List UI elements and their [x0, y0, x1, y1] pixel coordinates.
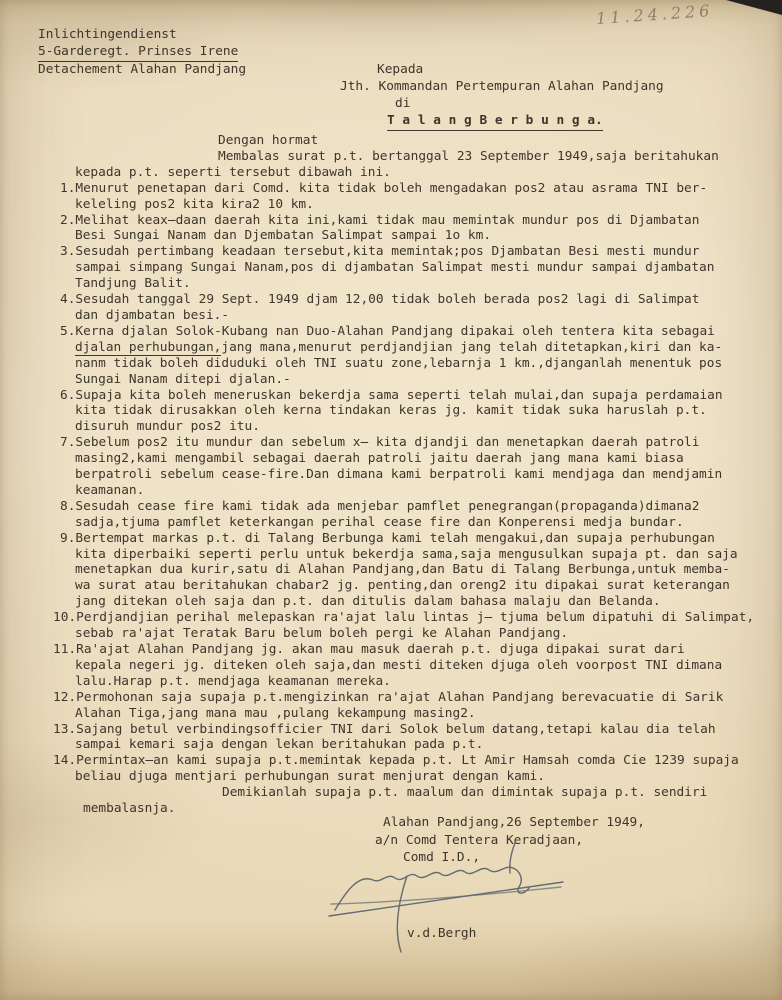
item-12-line: Alahan Tiga,jang mana mau ,pulang kekamp…	[53, 706, 775, 722]
item-9-line: 9.Bertempat markas p.t. di Talang Berbun…	[53, 531, 775, 547]
item-5-line: Sungai Nanam ditepi djalan.-	[53, 372, 775, 388]
addressee-label: Kepada	[340, 61, 664, 78]
item-7-line: 7.Sebelum pos2 itu mundur dan sebelum x̶…	[53, 435, 775, 451]
item-9-line: kita diperbaiki seperti perlu untuk beke…	[53, 547, 775, 563]
item-3-line: 3.Sesudah pertimbang keadaan tersebut,ki…	[53, 244, 775, 260]
signoff-block: Alahan Pandjang,26 September 1949, a/n C…	[375, 814, 645, 867]
place-date: Alahan Pandjang,26 September 1949,	[375, 814, 645, 832]
item-9-line: wa surat atau beritahukan chabar2 jg. pe…	[53, 578, 775, 594]
scan-corner-shadow	[726, 0, 782, 15]
item-10-line: sebab ra'ajat Teratak Baru belum boleh p…	[53, 626, 775, 642]
item-9-line: menetapkan dua kurir,satu di Alahan Pand…	[53, 562, 775, 578]
item-5-line: nanm tidak boleh diduduki oleh TNI suatu…	[53, 356, 775, 372]
addressee-at: di	[340, 95, 664, 112]
addressee-place: T a l a n g B e r b u n g a.	[340, 112, 664, 131]
item-12-line: 12.Permohonan saja supaja p.t.mengizinka…	[53, 690, 775, 706]
item-6-line: kita tidak dirusakkan oleh kerna tindaka…	[53, 403, 775, 419]
on-behalf-line: a/n Comd Tentera Keradjaan,	[375, 832, 645, 850]
item-5-underlined-phrase: djalan perhubungan,	[75, 340, 221, 357]
item-2-line: Besi Sungai Nanam dan Djembatan Salimpat…	[53, 228, 775, 244]
signer-title: Comd I.D.,	[375, 849, 645, 867]
item-1-line: keleling pos2 kita kira2 10 km.	[53, 197, 775, 213]
item-5-line: djalan perhubungan,jang mana,menurut per…	[53, 340, 775, 356]
letterhead-service: Inlichtingendienst	[38, 27, 246, 44]
item-9-line: jang ditekan oleh saja dan p.t. dan ditu…	[53, 594, 775, 610]
item-1-line: 1.Menurut penetapan dari Comd. kita tida…	[53, 181, 775, 197]
signer-name: v.d.Bergh	[407, 926, 476, 941]
intro-line: kepada p.t. seperti tersebut dibawah ini…	[53, 165, 775, 181]
item-4-line: dan djambatan besi.-	[53, 308, 775, 324]
addressee-recipient: Jth. Kommandan Pertempuran Alahan Pandja…	[340, 78, 664, 95]
addressee-block: Kepada Jth. Kommandan Pertempuran Alahan…	[340, 61, 664, 131]
letterhead-regiment: 5-Garderegt. Prinses Irene	[38, 44, 238, 62]
item-13-line: sampai kemari saja dengan lekan beritahu…	[53, 737, 775, 753]
letter-body: Dengan hormat Membalas surat p.t. bertan…	[53, 133, 775, 817]
item-3-line: Tandjung Balit.	[53, 276, 775, 292]
item-14-line: beliau djuga mentjari perhubungan surat …	[53, 769, 775, 785]
handwritten-annotation: 11.24.226	[595, 1, 713, 28]
item-5-line: 5.Kerna djalan Solok-Kubang nan Duo-Alah…	[53, 324, 775, 340]
item-10-line: 10.Perdjandjian perihal melepaskan ra'aj…	[53, 610, 775, 626]
item-8-line: 8.Sesudah cease fire kami tidak ada menj…	[53, 499, 775, 515]
intro-line: Membalas surat p.t. bertanggal 23 Septem…	[53, 149, 775, 165]
letterhead: Inlichtingendienst 5-Garderegt. Prinses …	[38, 27, 246, 78]
item-4-line: 4.Sesudah tanggal 29 Sept. 1949 djam 12,…	[53, 292, 775, 308]
item-11-line: lalu.Harap p.t. mendjaga keamanan mereka…	[53, 674, 775, 690]
item-11-line: kepala negeri jg. diteken oleh saja,dan …	[53, 658, 775, 674]
item-7-line: keamanan.	[53, 483, 775, 499]
salutation: Dengan hormat	[53, 133, 775, 149]
item-7-line: masing2,kami mengambil sebagai daerah pa…	[53, 451, 775, 467]
item-14-line: 14.Permintax̶an kami supaja p.t.memintak…	[53, 753, 775, 769]
item-8-line: sadja,tjuma pamflet keterkangan perihal …	[53, 515, 775, 531]
letter-page: 11.24.226 Inlichtingendienst 5-Garderegt…	[0, 0, 782, 1000]
item-7-line: berpatroli sebelum cease-fire.Dan dimana…	[53, 467, 775, 483]
letterhead-detachment: Detachement Alahan Pandjang	[38, 62, 246, 79]
closing-line: Demikianlah supaja p.t. maalum dan dimin…	[53, 785, 775, 801]
item-11-line: 11.Ra'ajat Alahan Pandjang jg. akan mau …	[53, 642, 775, 658]
item-3-line: sampai simpang Sungai Nanam,pos di djamb…	[53, 260, 775, 276]
item-6-line: 6.Supaja kita boleh meneruskan bekerdja …	[53, 388, 775, 404]
item-2-line: 2.Melihat keax̶daan daerah kita ini,kami…	[53, 213, 775, 229]
item-6-line: disuruh mundur pos2 itu.	[53, 419, 775, 435]
item-13-line: 13.Sajang betul verbindingsofficier TNI …	[53, 722, 775, 738]
